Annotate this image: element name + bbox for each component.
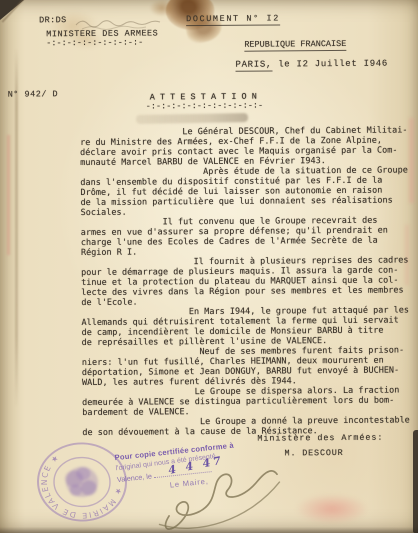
document-number: DOCUMENT N° I2: [186, 13, 280, 24]
dateline-city: PARIS,: [235, 60, 272, 72]
paragraph-6: Neuf de ses membres furent faits prison-…: [82, 345, 410, 388]
document-number-text: DOCUMENT N° I2: [186, 13, 280, 26]
paper-sheet: DR:DS MINISTERE DES ARMEES -:-:-:-:-:-:-…: [0, 0, 418, 533]
paragraph-1: Le Général DESCOUR, Chef du Cabinet Mili…: [80, 125, 408, 168]
certification-place-prefix: Valence, le: [116, 471, 152, 484]
paragraph-4: Il fournit à plusieurs reprises des cadr…: [81, 255, 409, 308]
scanned-document: DR:DS MINISTERE DES ARMEES -:-:-:-:-:-:-…: [0, 0, 418, 533]
reference-code: DR:DS: [39, 15, 67, 25]
paragraph-3: Il fut convenu que le Groupe recevrait d…: [81, 215, 409, 258]
attestation-body: Le Général DESCOUR, Chef du Cabinet Mili…: [80, 125, 410, 438]
republic-heading-text: REPUBLIQUE FRANCAISE: [244, 39, 346, 52]
republic-heading: REPUBLIQUE FRANCAISE: [244, 39, 346, 50]
paragraph-5: En Mars I944, le groupe fut attaqué par …: [81, 305, 409, 348]
paragraph-7: Le Groupe se dispersa alors. La fraction…: [82, 385, 410, 418]
paragraph-2: Après étude de la situation de ce Groupe…: [80, 165, 408, 218]
issuer-line: Ministère des Armées:: [257, 433, 383, 444]
dateline: PARIS, le I2 Juillet I946: [235, 59, 388, 70]
file-number: N° 942/ D: [8, 89, 58, 99]
bottom-edge-shadow: [0, 527, 418, 533]
mayor-signature: [150, 451, 299, 533]
dateline-date: le I2 Juillet I946: [272, 59, 388, 70]
title-rule: -:-:-:-:-:-:-:-:-:-:-:-: [146, 101, 263, 112]
ministry-rule: -:-:-:-:-:-:-:-:-:-: [46, 38, 143, 49]
stamp-center-emblem: [64, 466, 98, 497]
